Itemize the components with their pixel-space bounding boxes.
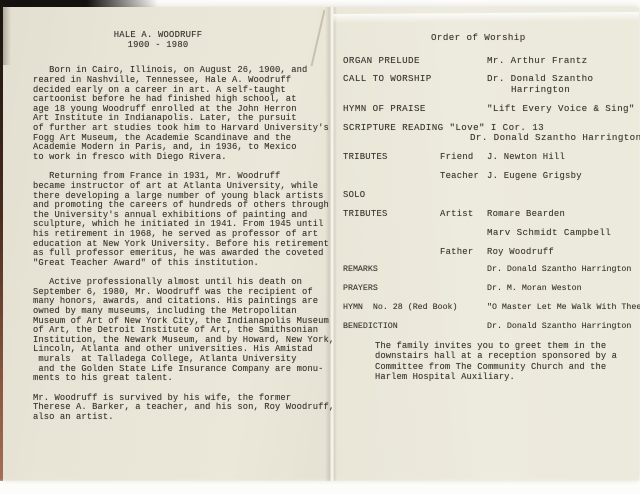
order-row: REMARKSDr. Donald Szantho Harrington <box>343 265 639 276</box>
text-line: to work in fresco with Diego Rivera. <box>33 153 333 163</box>
order-row: Marv Schmidt Campbell <box>343 228 639 239</box>
text-line: Harlem Hospital Auxiliary. <box>375 372 639 382</box>
order-row: SOLO <box>343 190 639 201</box>
order-value: Marv Schmidt Campbell <box>487 228 611 239</box>
order-value: Harrington <box>511 85 570 96</box>
order-value: Mr. Arthur Frantz <box>487 56 588 67</box>
order-row: TeacherJ. Eugene Grigsby <box>343 171 639 182</box>
order-label: REMARKS <box>343 265 378 276</box>
order-value: Dr. Donald Szantho Harrington <box>470 133 640 144</box>
page-biography: HALE A. WOODRUFF 1900 - 1980 Born in Cai… <box>33 31 333 423</box>
paragraph: Mr. Woodruff is survived by his wife, th… <box>33 394 333 423</box>
text-line: "Great Teacher Award" of this institutio… <box>33 259 333 269</box>
order-row-line: TRIBUTESFriendJ. Newton Hill <box>343 152 639 163</box>
paragraph: Active professionally almost until his d… <box>33 278 333 384</box>
page-order-of-worship: Order of Worship ORGAN PRELUDEMr. Arthur… <box>343 33 639 383</box>
order-row-line: REMARKSDr. Donald Szantho Harrington <box>343 265 639 276</box>
order-label: TRIBUTES <box>343 152 388 163</box>
order-sub-label: Teacher <box>440 171 479 182</box>
page-subtitle: 1900 - 1980 <box>33 41 283 51</box>
order-row-line: Harrington <box>343 85 639 96</box>
order-row: BENEDICTIONDr. Donald Szantho Harrington <box>343 322 639 333</box>
order-value: Romare Bearden <box>487 209 565 220</box>
order-value: Roy Woodruff <box>487 247 554 258</box>
order-row-line: Dr. Donald Szantho Harrington <box>343 133 639 144</box>
reception-note: The family invites you to greet them in … <box>343 341 639 383</box>
scan-fade-bottom <box>0 479 640 494</box>
order-rows: ORGAN PRELUDEMr. Arthur FrantzCALL TO WO… <box>343 56 639 333</box>
scan-edge-left <box>0 0 3 481</box>
text-line: ments to his great talent. <box>33 374 333 384</box>
order-row-line: TRIBUTESArtistRomare Bearden <box>343 209 639 220</box>
order-row: HYMN No. 28 (Red Book)"O Master Let Me W… <box>343 303 639 314</box>
text-line: downstairs hall at a reception sponsored… <box>375 351 639 361</box>
order-value: J. Newton Hill <box>487 152 565 163</box>
paragraph: Born in Cairo, Illinois, on August 26, 1… <box>33 66 333 162</box>
order-label: CALL TO WORSHIP <box>343 74 432 85</box>
order-value: Dr. M. Moran Weston <box>487 284 582 295</box>
order-row-line: TeacherJ. Eugene Grigsby <box>343 171 639 182</box>
order-row: FatherRoy Woodruff <box>343 247 639 258</box>
order-sub-label: Father <box>440 247 473 258</box>
order-value: J. Eugene Grigsby <box>487 171 582 182</box>
order-value: "Lift Every Voice & Sing" <box>487 104 635 115</box>
order-row: CALL TO WORSHIPDr. Donald SzanthoHarring… <box>343 74 639 95</box>
order-row-line: ORGAN PRELUDEMr. Arthur Frantz <box>343 56 639 67</box>
order-label: TRIBUTES <box>343 209 388 220</box>
order-row: PRAYERSDr. M. Moran Weston <box>343 284 639 295</box>
order-row-line: HYMN No. 28 (Red Book)"O Master Let Me W… <box>343 303 639 314</box>
order-row-line: HYMN OF PRAISE"Lift Every Voice & Sing" <box>343 104 639 115</box>
biography-text: Born in Cairo, Illinois, on August 26, 1… <box>33 66 333 422</box>
order-heading: Order of Worship <box>343 33 639 44</box>
order-value: "O Master Let Me Walk With Thee" <box>487 303 640 314</box>
order-label: HYMN OF PRAISE <box>343 104 426 115</box>
text-line: also an artist. <box>33 413 333 423</box>
order-row-line: SOLO <box>343 190 639 201</box>
order-row: HYMN OF PRAISE"Lift Every Voice & Sing" <box>343 104 639 115</box>
paragraph: Returning from France in 1931, Mr. Woodr… <box>33 172 333 268</box>
order-sub-label: Friend <box>440 152 473 163</box>
order-row-line: BENEDICTIONDr. Donald Szantho Harrington <box>343 322 639 333</box>
order-row-line: CALL TO WORSHIPDr. Donald Szantho <box>343 74 639 85</box>
order-value: Dr. Donald Szantho Harrington <box>487 322 631 333</box>
order-row: TRIBUTESFriendJ. Newton Hill <box>343 152 639 163</box>
order-row: SCRIPTURE READING "Love" I Cor. 13Dr. Do… <box>343 123 639 144</box>
text-line: Committee from The Community Church and … <box>375 362 639 372</box>
order-label: HYMN No. 28 (Red Book) <box>343 303 458 314</box>
order-label: PRAYERS <box>343 284 378 295</box>
text-line: The family invites you to greet them in … <box>375 341 639 351</box>
scanned-memorial-program: HALE A. WOODRUFF 1900 - 1980 Born in Cai… <box>0 0 640 494</box>
order-value: Dr. Donald Szantho Harrington <box>487 265 631 276</box>
order-row-line: FatherRoy Woodruff <box>343 247 639 258</box>
scan-shadow-top-left <box>0 0 158 7</box>
order-row-line: PRAYERSDr. M. Moran Weston <box>343 284 639 295</box>
order-label: BENEDICTION <box>343 322 398 333</box>
order-sub-label: Artist <box>440 209 473 220</box>
order-row-line: Marv Schmidt Campbell <box>343 228 639 239</box>
order-row: TRIBUTESArtistRomare Bearden <box>343 209 639 220</box>
order-label: ORGAN PRELUDE <box>343 56 420 67</box>
title-block: HALE A. WOODRUFF 1900 - 1980 <box>33 31 283 50</box>
order-row: ORGAN PRELUDEMr. Arthur Frantz <box>343 56 639 67</box>
scan-smudge <box>1 5 11 65</box>
order-label: SOLO <box>343 190 365 201</box>
